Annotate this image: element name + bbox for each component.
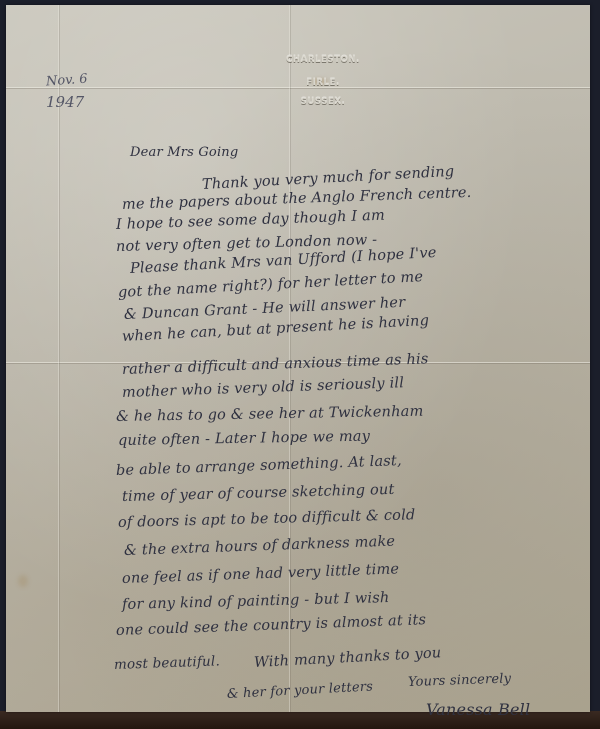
body-line: & the extra hours of darkness make — [124, 534, 396, 559]
body-line: time of year of course sketching out — [122, 482, 395, 505]
body-line: most beautiful. — [114, 653, 220, 673]
letterhead-line-1: CHARLESTON. — [268, 55, 378, 65]
fold-line — [58, 5, 59, 712]
closing-line-2: & her for your letters — [227, 679, 374, 702]
body-line: & he has to go & see her at Twickenham — [116, 404, 424, 425]
body-line: be able to arrange something. At last, — [116, 453, 402, 479]
date-line-2: 1947 — [46, 93, 84, 111]
date-line-1: Nov. 6 — [46, 72, 88, 90]
body-line: mother who is very old is seriously ill — [122, 375, 405, 401]
letterhead-line-3: SUSSEX. — [268, 97, 378, 107]
body-line: me the papers about the Anglo French cen… — [122, 185, 472, 213]
body-line: rather a difficult and anxious time as h… — [122, 351, 429, 378]
body-line: quite often - Later I hope we may — [118, 429, 370, 449]
letterhead-line-2: FIRLE. — [268, 78, 378, 88]
body-line: one could see the country is almost at i… — [116, 612, 427, 639]
body-line: for any kind of painting - but I wish — [122, 590, 390, 613]
closing-line-1: With many thanks to you — [254, 645, 442, 671]
body-line: one feel as if one had very little time — [122, 561, 400, 587]
closing-line-3: Yours sincerely — [408, 671, 512, 690]
stain — [18, 575, 28, 587]
signature: Vanessa Bell — [426, 700, 530, 719]
body-line: of doors is apt to be too difficult & co… — [118, 507, 416, 531]
salutation: Dear Mrs Going — [130, 145, 238, 160]
letter-paper: CHARLESTON. FIRLE. SUSSEX. Nov. 6 1947 D… — [6, 5, 590, 712]
